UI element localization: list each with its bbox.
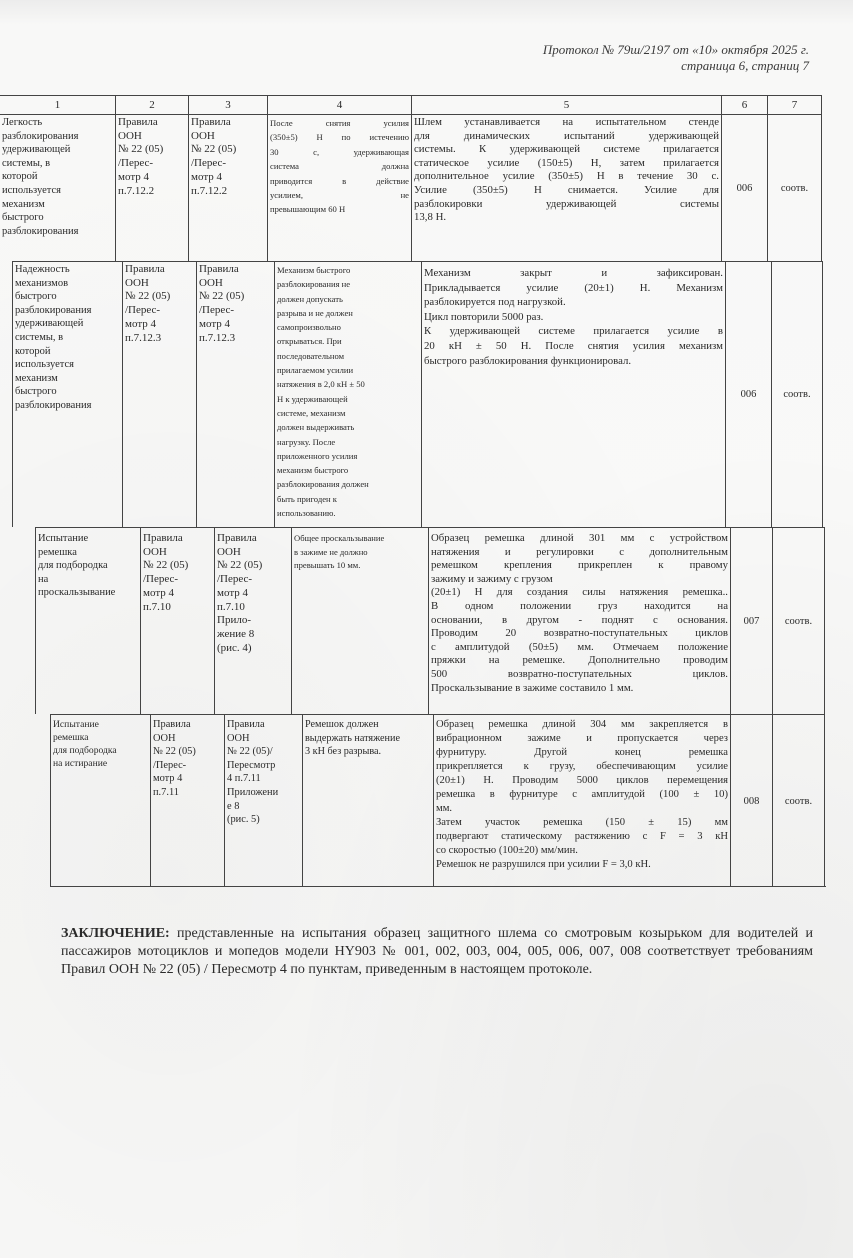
column-header-3: 3 bbox=[188, 95, 267, 114]
text-line: п.7.12.2 bbox=[191, 185, 265, 199]
requirement-text-cell: Механизм быстрогоразблокирования недолже… bbox=[274, 261, 421, 527]
text-line: Надежность bbox=[15, 263, 120, 277]
text-line: Общее проскальзывание bbox=[294, 532, 426, 546]
text-line: Пересмотр bbox=[227, 759, 300, 773]
text-line: для подбородка bbox=[53, 744, 148, 757]
text-line: быстрого bbox=[15, 385, 120, 399]
text-line: мотр 4 bbox=[191, 171, 265, 185]
text-line: разблокируется под нагрузкой. bbox=[424, 295, 723, 310]
text-line: быстрого bbox=[15, 290, 120, 304]
text-line: удерживающей bbox=[15, 317, 120, 331]
text-line: с амплитудой (50±5) мм. Отмечаем положен… bbox=[431, 641, 728, 655]
text-line: № 22 (05) bbox=[153, 745, 222, 759]
text-line: (20±1) Н. Проводим 5000 циклов перемещен… bbox=[436, 774, 728, 788]
conformity-cell: соотв. bbox=[767, 114, 822, 261]
test-result-cell: Механизм закрыт и зафиксирован.Прикладыв… bbox=[421, 261, 725, 527]
text-line: мотр 4 bbox=[125, 318, 194, 332]
text-line: в зажиме не должно bbox=[294, 546, 426, 560]
requirement-text-cell: После снятия усилия(350±5) Н по истечени… bbox=[267, 114, 411, 261]
text-line: ремешка bbox=[53, 731, 148, 744]
text-line: усилием, не bbox=[270, 188, 409, 202]
text-line: (рис. 5) bbox=[227, 813, 300, 827]
text-line: (рис. 4) bbox=[217, 642, 289, 656]
text-line: (20±1) Н для создания силы натяжения рем… bbox=[431, 586, 728, 600]
text-line: мотр 4 bbox=[199, 318, 272, 332]
text-line: мм. bbox=[436, 802, 728, 816]
method-ref-cell: ПравилаООН№ 22 (05)/Пересмотр4 п.7.11При… bbox=[224, 714, 302, 887]
column-header-4: 4 bbox=[267, 95, 411, 114]
text-line: Цикл повторили 5000 раз. bbox=[424, 310, 723, 325]
protocol-number: Протокол № 79ш/2197 от «10» октября 2025… bbox=[543, 42, 809, 58]
requirement-ref-cell: ПравилаООН№ 22 (05)/Перес-мотр 4п.7.11 bbox=[150, 714, 224, 887]
text-line: механизмов bbox=[15, 277, 120, 291]
text-line: разрыва и не должен bbox=[277, 306, 419, 320]
table-row: Испытаниеремешкадля подбородканапроскаль… bbox=[0, 527, 826, 714]
text-line: 500 возвратно-поступательных циклов. bbox=[431, 668, 728, 682]
text-line: /Перес- bbox=[191, 157, 265, 171]
text-line: п.7.10 bbox=[217, 601, 289, 615]
text-line: Образец ремешка длиной 301 мм с устройст… bbox=[431, 532, 728, 546]
text-line: разблокирования должен bbox=[277, 477, 419, 491]
text-line: которой bbox=[2, 170, 113, 184]
method-ref-cell: ПравилаООН№ 22 (05)/Перес-мотр 4п.7.10Пр… bbox=[214, 527, 291, 714]
text-line: ООН bbox=[125, 277, 194, 291]
text-line: механизм bbox=[2, 198, 113, 212]
test-name-cell: Легкостьразблокированияудерживающейсисте… bbox=[0, 114, 115, 261]
conclusion-label: ЗАКЛЮЧЕНИЕ: bbox=[61, 926, 170, 941]
text-line: Проводим 20 возвратно-поступательных цик… bbox=[431, 627, 728, 641]
text-line: зажиму и зажиму с грузом bbox=[431, 573, 728, 587]
text-line: № 22 (05) bbox=[199, 290, 272, 304]
page-number: страница 6, страниц 7 bbox=[543, 58, 809, 74]
text-line: ремешка в фурнитуре с амплитудой (100 ± … bbox=[436, 788, 728, 802]
requirement-ref-cell: ПравилаООН№ 22 (05)/Перес-мотр 4п.7.10 bbox=[140, 527, 214, 714]
text-line: вибрационном зажиме и пропускается через bbox=[436, 732, 728, 746]
text-line: Механизм быстрого bbox=[277, 263, 419, 277]
text-line: используется bbox=[15, 358, 120, 372]
table-row: Испытаниеремешкадля подбородкана истиран… bbox=[0, 714, 826, 887]
text-line: После снятия усилия bbox=[270, 116, 409, 130]
conformity-cell: соотв. bbox=[772, 714, 825, 887]
requirement-ref-cell: ПравилаООН№ 22 (05)/Перес-мотр 4п.7.12.2 bbox=[115, 114, 188, 261]
requirement-ref-cell: ПравилаООН№ 22 (05)/Перес-мотр 4п.7.12.3 bbox=[122, 261, 196, 527]
text-line: разблокирования не bbox=[277, 277, 419, 291]
text-line: фурнитуру. Другой конец ремешка bbox=[436, 746, 728, 760]
table-bottom-border bbox=[50, 886, 826, 887]
test-result-cell: Образец ремешка длиной 304 мм закрепляет… bbox=[433, 714, 730, 887]
text-line: 3 кН без разрыва. bbox=[305, 745, 431, 759]
text-line: статическое усилие (150±5) Н, затем прил… bbox=[414, 157, 719, 171]
text-line: /Перес- bbox=[199, 304, 272, 318]
text-line: со скоростью (100±20) мм/мин. bbox=[436, 844, 728, 858]
text-line: мотр 4 bbox=[217, 587, 289, 601]
table-row: Надежностьмеханизмовбыстрогоразблокирова… bbox=[0, 261, 822, 527]
text-line: механизм bbox=[15, 372, 120, 386]
text-line: Ремешок должен bbox=[305, 718, 431, 732]
text-line: основании, в другом - поднят с основания… bbox=[431, 614, 728, 628]
text-line: на bbox=[38, 573, 138, 587]
test-name-cell: Испытаниеремешкадля подбородкана истиран… bbox=[50, 714, 150, 887]
sample-number-cell: 006 bbox=[721, 114, 767, 261]
conformity-cell: соотв. bbox=[771, 261, 823, 527]
column-header-1: 1 bbox=[0, 95, 115, 114]
text-line: /Перес- bbox=[125, 304, 194, 318]
text-line: должен выдерживать bbox=[277, 420, 419, 434]
text-line: Испытание bbox=[38, 532, 138, 546]
text-line: /Перес- bbox=[153, 759, 222, 773]
test-result-cell: Шлем устанавливается на испытательном ст… bbox=[411, 114, 721, 261]
text-line: № 22 (05) bbox=[118, 143, 186, 157]
text-line: приводится в действие bbox=[270, 174, 409, 188]
text-line: ООН bbox=[143, 546, 212, 560]
text-line: п.7.10 bbox=[143, 601, 212, 615]
text-line: ООН bbox=[191, 130, 265, 144]
text-line: № 22 (05) bbox=[143, 559, 212, 573]
text-line: открываться. При bbox=[277, 334, 419, 348]
text-line: разблокировки удерживающей системы bbox=[414, 198, 719, 212]
text-line: прикрепляется к грузу, обеспечивающим ус… bbox=[436, 760, 728, 774]
text-line: Легкость bbox=[2, 116, 113, 130]
text-line: 20 кН ± 50 Н. После снятия усилия механи… bbox=[424, 339, 723, 354]
text-line: мотр 4 bbox=[153, 772, 222, 786]
text-line: (350±5) Н по истечению bbox=[270, 130, 409, 144]
text-line: № 22 (05) bbox=[125, 290, 194, 304]
text-line: Приложени bbox=[227, 786, 300, 800]
text-line: должен допускать bbox=[277, 292, 419, 306]
method-ref-cell: ПравилаООН№ 22 (05)/Перес-мотр 4п.7.12.3 bbox=[196, 261, 274, 527]
text-line: системы. К удерживающей системе прилагае… bbox=[414, 143, 719, 157]
text-line: ООН bbox=[199, 277, 272, 291]
text-line: Правила bbox=[217, 532, 289, 546]
text-line: удерживающей bbox=[2, 143, 113, 157]
text-line: мотр 4 bbox=[143, 587, 212, 601]
table-header-row: 1 2 3 4 5 6 7 bbox=[0, 95, 822, 114]
text-line: быть пригоден к bbox=[277, 492, 419, 506]
sample-number-cell: 006 bbox=[725, 261, 771, 527]
text-line: К удерживающей системе прилагается усили… bbox=[424, 324, 723, 339]
test-result-cell: Образец ремешка длиной 301 мм с устройст… bbox=[428, 527, 730, 714]
text-line: использованию. bbox=[277, 506, 419, 520]
text-line: системы, в bbox=[15, 331, 120, 345]
text-line: Усилие (350±5) Н снимается. Усилие для bbox=[414, 184, 719, 198]
text-line: системе, механизм bbox=[277, 406, 419, 420]
text-line: /Перес- bbox=[143, 573, 212, 587]
text-line: самопроизвольно bbox=[277, 320, 419, 334]
requirement-text-cell: Ремешок долженвыдержать натяжение3 кН бе… bbox=[302, 714, 433, 887]
text-line: нагрузку. После bbox=[277, 435, 419, 449]
text-line: Затем участок ремешка (150 ± 15) мм bbox=[436, 816, 728, 830]
text-line: выдержать натяжение bbox=[305, 732, 431, 746]
text-line: Правила bbox=[199, 263, 272, 277]
text-line: /Перес- bbox=[118, 157, 186, 171]
text-line: № 22 (05) bbox=[191, 143, 265, 157]
text-line: Правила bbox=[143, 532, 212, 546]
protocol-header: Протокол № 79ш/2197 от «10» октября 2025… bbox=[543, 42, 809, 74]
text-line: п.7.11 bbox=[153, 786, 222, 800]
text-line: натяжения в 2,0 кН ± 50 bbox=[277, 377, 419, 391]
text-line: проскальзывание bbox=[38, 586, 138, 600]
text-line: В одном положении груз находится на bbox=[431, 600, 728, 614]
text-line: подвергают статическому растяжению с F =… bbox=[436, 830, 728, 844]
text-line: разблокирования bbox=[15, 399, 120, 413]
text-line: Образец ремешка длиной 304 мм закрепляет… bbox=[436, 718, 728, 732]
conclusion-paragraph: ЗАКЛЮЧЕНИЕ: представленные на испытания … bbox=[61, 925, 813, 979]
text-line: дополнительное усилие (350±5) Н в течени… bbox=[414, 170, 719, 184]
text-line: Испытание bbox=[53, 718, 148, 731]
text-line: прилагаемом усилии bbox=[277, 363, 419, 377]
text-line: разблокирования bbox=[15, 304, 120, 318]
column-header-6: 6 bbox=[721, 95, 767, 114]
text-line: 4 п.7.11 bbox=[227, 772, 300, 786]
text-line: п.7.12.2 bbox=[118, 185, 186, 199]
text-line: разблокирования bbox=[2, 225, 113, 239]
text-line: используется bbox=[2, 184, 113, 198]
text-line: Прило- bbox=[217, 614, 289, 628]
text-line: приложенного усилия bbox=[277, 449, 419, 463]
text-line: Шлем устанавливается на испытательном ст… bbox=[414, 116, 719, 130]
text-line: механизм быстрого bbox=[277, 463, 419, 477]
text-line: превышающим 60 Н bbox=[270, 202, 409, 216]
text-line: натяжения и регулировки с дополнительным bbox=[431, 546, 728, 560]
text-line: п.7.12.3 bbox=[125, 332, 194, 346]
text-line: ООН bbox=[217, 546, 289, 560]
text-line: жение 8 bbox=[217, 628, 289, 642]
text-line: которой bbox=[15, 345, 120, 359]
column-header-2: 2 bbox=[115, 95, 188, 114]
test-name-cell: Надежностьмеханизмовбыстрогоразблокирова… bbox=[12, 261, 122, 527]
text-line: последовательном bbox=[277, 349, 419, 363]
text-line: ООН bbox=[153, 732, 222, 746]
text-line: /Перес- bbox=[217, 573, 289, 587]
text-line: Правила bbox=[153, 718, 222, 732]
text-line: № 22 (05) bbox=[217, 559, 289, 573]
text-line: ремешка bbox=[38, 546, 138, 560]
text-line: системы, в bbox=[2, 157, 113, 171]
text-line: быстрого bbox=[2, 211, 113, 225]
text-line: Механизм закрыт и зафиксирован. bbox=[424, 266, 723, 281]
text-line: ООН bbox=[227, 732, 300, 746]
text-line: Правила bbox=[227, 718, 300, 732]
text-line: разблокирования bbox=[2, 130, 113, 144]
text-line: Н к удерживающей bbox=[277, 392, 419, 406]
text-line: п.7.12.3 bbox=[199, 332, 272, 346]
text-line: Правила bbox=[118, 116, 186, 130]
column-header-5: 5 bbox=[411, 95, 721, 114]
sample-number-cell: 007 bbox=[730, 527, 772, 714]
conclusion-text: представленные на испытания образец защи… bbox=[61, 926, 813, 977]
text-line: № 22 (05)/ bbox=[227, 745, 300, 759]
requirement-text-cell: Общее проскальзываниев зажиме не должноп… bbox=[291, 527, 428, 714]
text-line: 13,8 Н. bbox=[414, 211, 719, 225]
text-line: система должна bbox=[270, 159, 409, 173]
column-header-7: 7 bbox=[767, 95, 822, 114]
test-name-cell: Испытаниеремешкадля подбородканапроскаль… bbox=[35, 527, 140, 714]
text-line: на истирание bbox=[53, 757, 148, 770]
text-line: Проскальзывание в зажиме составило 1 мм. bbox=[431, 682, 728, 696]
text-line: ООН bbox=[118, 130, 186, 144]
text-line: Ремешок не разрушился при усилии F = 3,0… bbox=[436, 858, 728, 872]
method-ref-cell: ПравилаООН№ 22 (05)/Перес-мотр 4п.7.12.2 bbox=[188, 114, 267, 261]
table-row: Легкостьразблокированияудерживающейсисте… bbox=[0, 114, 822, 261]
text-line: Прикладывается усилие (20±1) Н. Механизм bbox=[424, 281, 723, 296]
text-line: 30 с, удерживающая bbox=[270, 145, 409, 159]
text-line: превышать 10 мм. bbox=[294, 559, 426, 573]
text-line: пряжки на ремешке. Дополнительно проводи… bbox=[431, 654, 728, 668]
text-line: Правила bbox=[125, 263, 194, 277]
text-line: для подбородка bbox=[38, 559, 138, 573]
text-line: для динамических испытаний удерживающей bbox=[414, 130, 719, 144]
text-line: быстрого разблокирования функционировал. bbox=[424, 354, 723, 369]
text-line: ремешком крепления прикреплен к правому bbox=[431, 559, 728, 573]
text-line: е 8 bbox=[227, 800, 300, 814]
text-line: мотр 4 bbox=[118, 171, 186, 185]
sample-number-cell: 008 bbox=[730, 714, 772, 887]
conformity-cell: соотв. bbox=[772, 527, 825, 714]
text-line: Правила bbox=[191, 116, 265, 130]
